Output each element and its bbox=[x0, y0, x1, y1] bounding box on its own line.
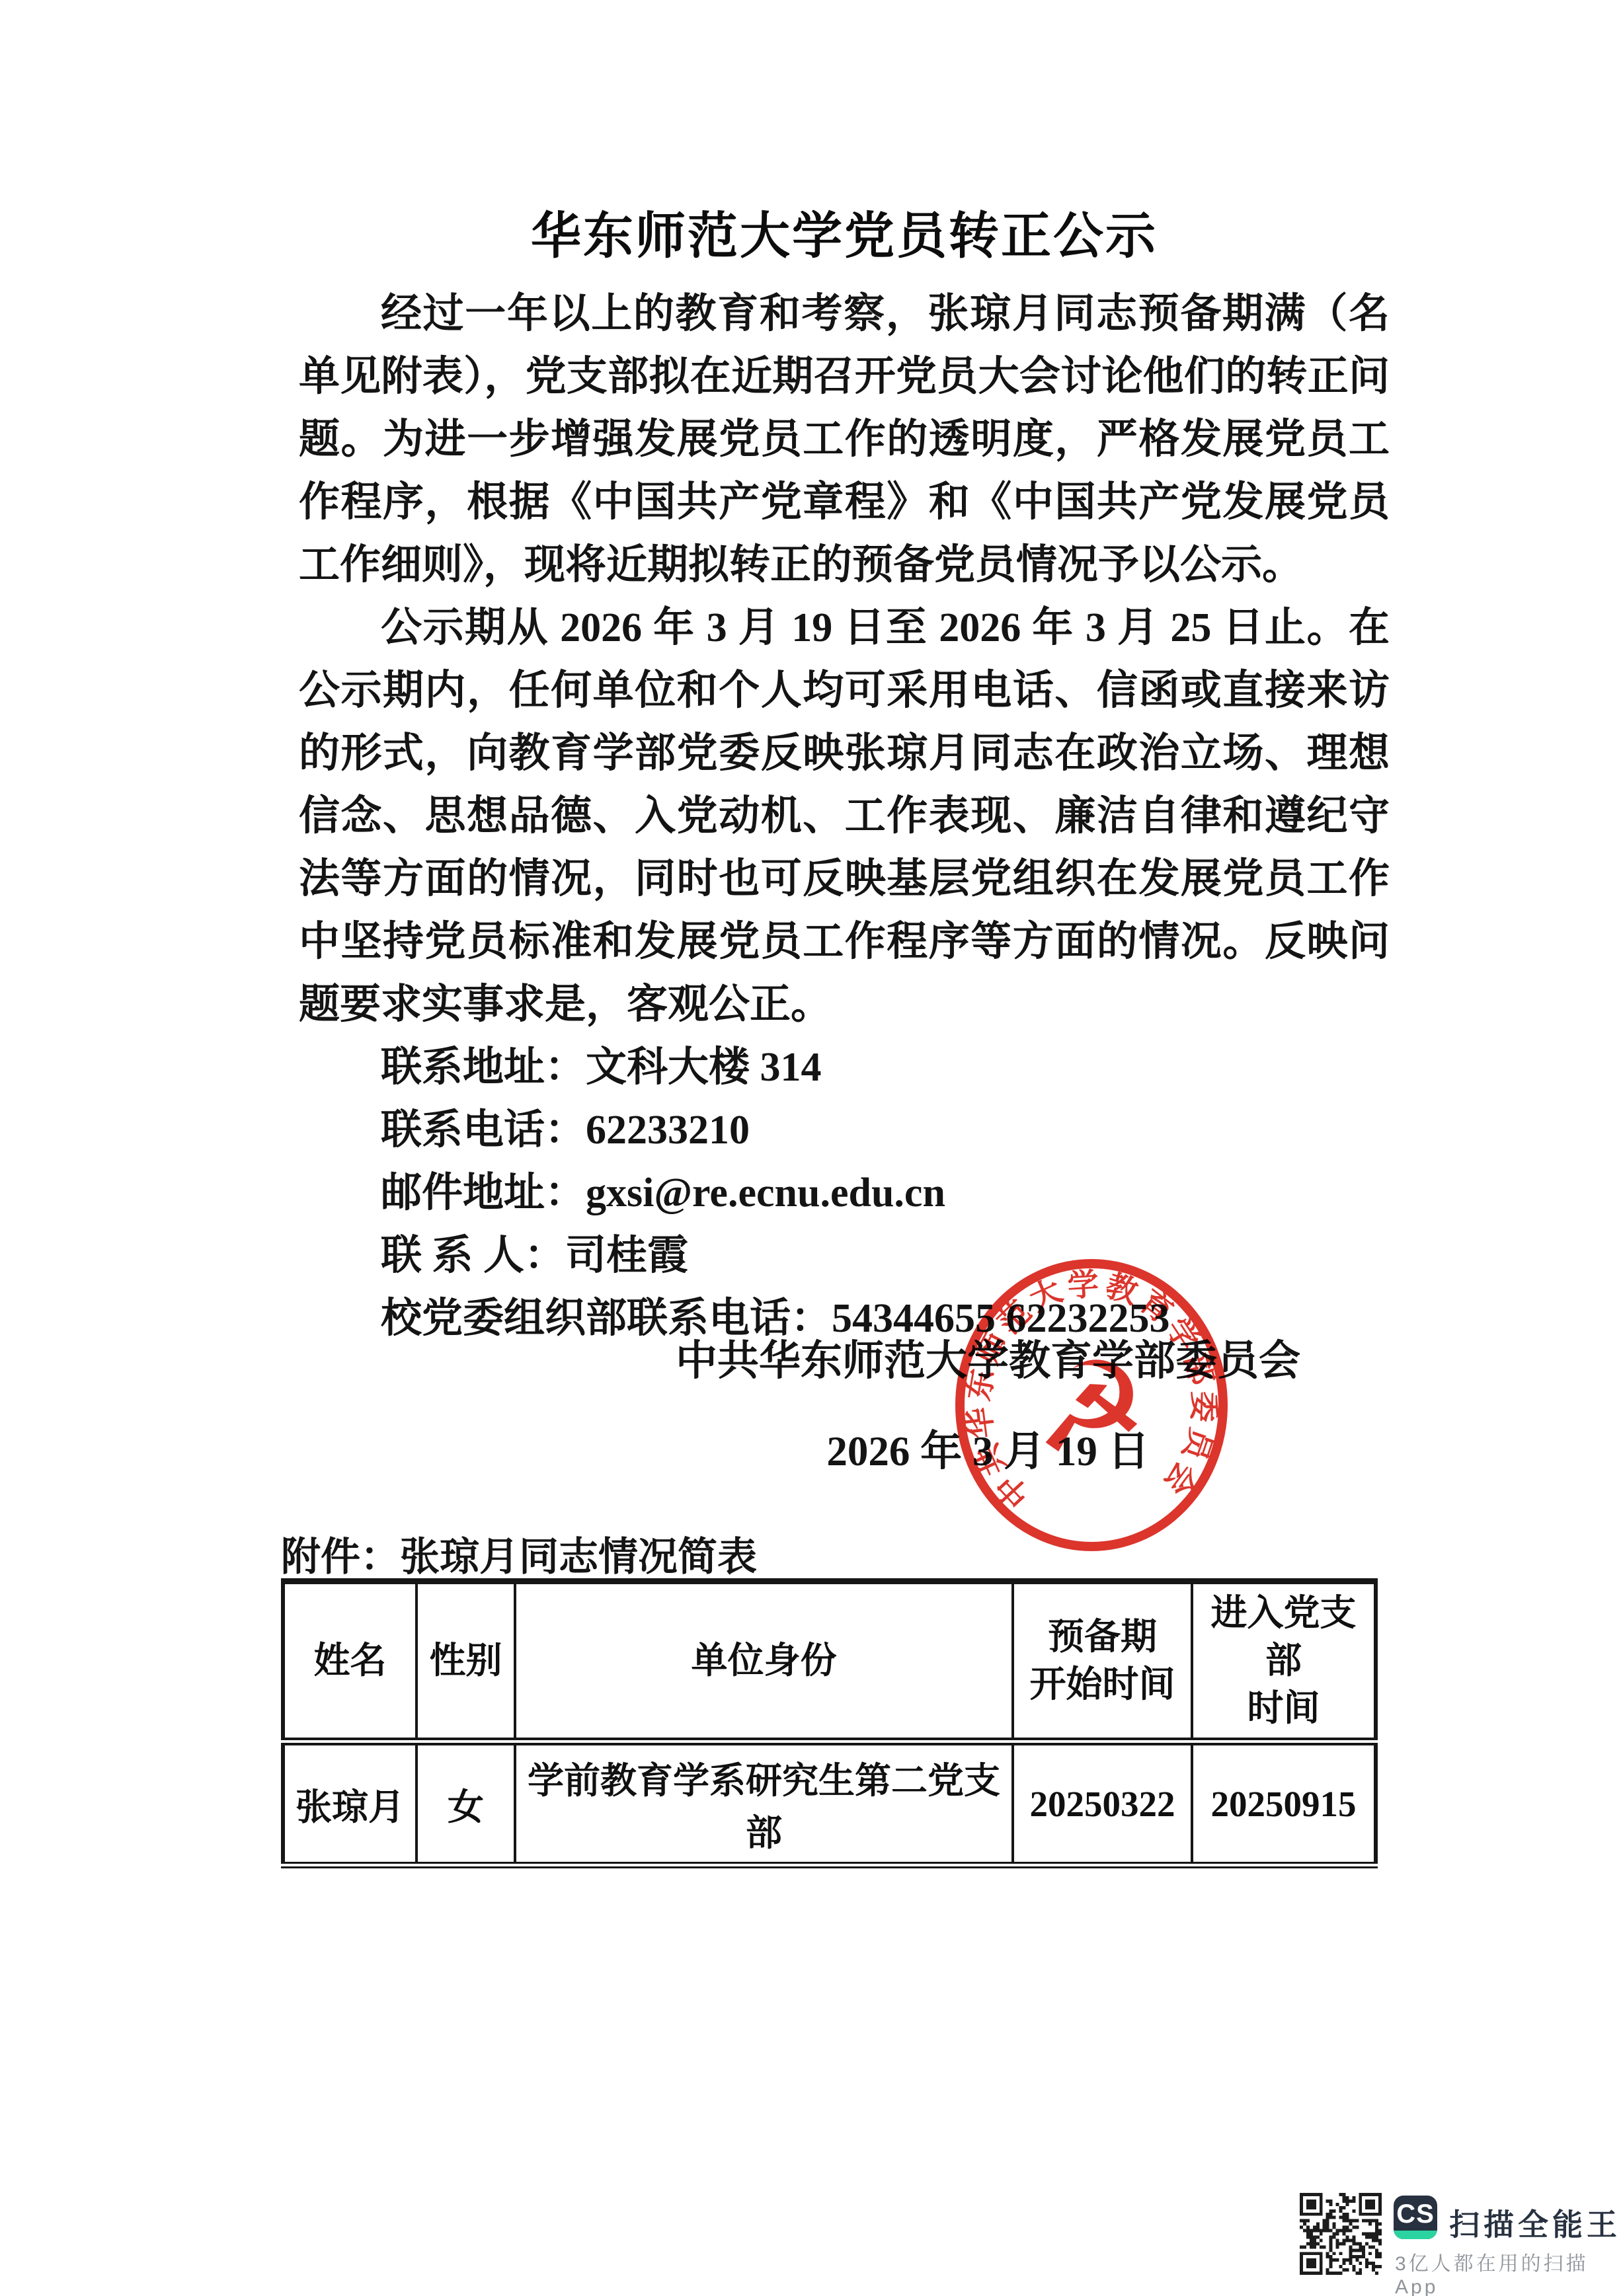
contact-phone: 联系电话：62233210 bbox=[299, 1099, 1390, 1162]
signature-block: 中共华东师范大学教育学部委员会 2026 年 3 月 19 日 bbox=[676, 1330, 1300, 1483]
qr-code bbox=[1300, 2192, 1382, 2276]
camscanner-logo: CS bbox=[1394, 2196, 1437, 2239]
cell-probation-start: 20250322 bbox=[1013, 1741, 1192, 1865]
brand-tagline: 3亿人都在用的扫描App bbox=[1395, 2247, 1623, 2296]
table-row: 张琼月 女 学前教育学系研究生第二党支部 20250322 20250915 bbox=[283, 1741, 1376, 1865]
col-branch-entry: 进入党支部 时间 bbox=[1192, 1582, 1376, 1742]
table-header-row: 姓名 性别 单位身份 预备期 开始时间 进入党支部 时间 bbox=[283, 1582, 1376, 1742]
col-name: 姓名 bbox=[283, 1582, 416, 1742]
paragraph-2: 公示期从 2026 年 3 月 19 日至 2026 年 3 月 25 日止。在… bbox=[299, 597, 1390, 1036]
contact-address: 联系地址：文科大楼 314 bbox=[299, 1036, 1390, 1099]
qr-code-graphic bbox=[1300, 2192, 1382, 2276]
attachment-label: 附件：张琼月同志情况简表 bbox=[281, 1525, 757, 1582]
col-probation-start: 预备期 开始时间 bbox=[1013, 1582, 1192, 1742]
scanned-document-page: 华东师范大学党员转正公示 经过一年以上的教育和考察，张琼月同志预备期满（名单见附… bbox=[0, 0, 1623, 2296]
attachment-table: 姓名 性别 单位身份 预备期 开始时间 进入党支部 时间 张琼月 女 学前教育学… bbox=[281, 1578, 1378, 1868]
document-body: 经过一年以上的教育和考察，张琼月同志预备期满（名单见附表），党支部拟在近期召开党… bbox=[299, 283, 1390, 1350]
cell-gender: 女 bbox=[416, 1741, 515, 1865]
camscanner-logo-letters: CS bbox=[1394, 2196, 1437, 2233]
signature-date: 2026 年 3 月 19 日 bbox=[676, 1420, 1300, 1483]
contact-email: 邮件地址：gxsi@re.ecnu.edu.cn bbox=[299, 1162, 1390, 1225]
cell-name: 张琼月 bbox=[283, 1741, 416, 1865]
cell-branch-entry: 20250915 bbox=[1192, 1741, 1376, 1865]
signature-org: 中共华东师范大学教育学部委员会 bbox=[676, 1330, 1300, 1393]
cell-unit: 学前教育学系研究生第二党支部 bbox=[515, 1741, 1013, 1865]
camscanner-logo-accent bbox=[1394, 2231, 1437, 2239]
brand-name: 扫描全能王 bbox=[1449, 2201, 1621, 2244]
paragraph-1: 经过一年以上的教育和考察，张琼月同志预备期满（名单见附表），党支部拟在近期召开党… bbox=[299, 283, 1390, 597]
col-unit: 单位身份 bbox=[515, 1582, 1013, 1742]
page-title: 华东师范大学党员转正公示 bbox=[299, 196, 1390, 268]
col-gender: 性别 bbox=[416, 1582, 515, 1742]
contact-info: 联系地址：文科大楼 314 联系电话：62233210 邮件地址：gxsi@re… bbox=[299, 1036, 1390, 1350]
contact-person: 联 系 人：司桂霞 bbox=[299, 1225, 1390, 1287]
